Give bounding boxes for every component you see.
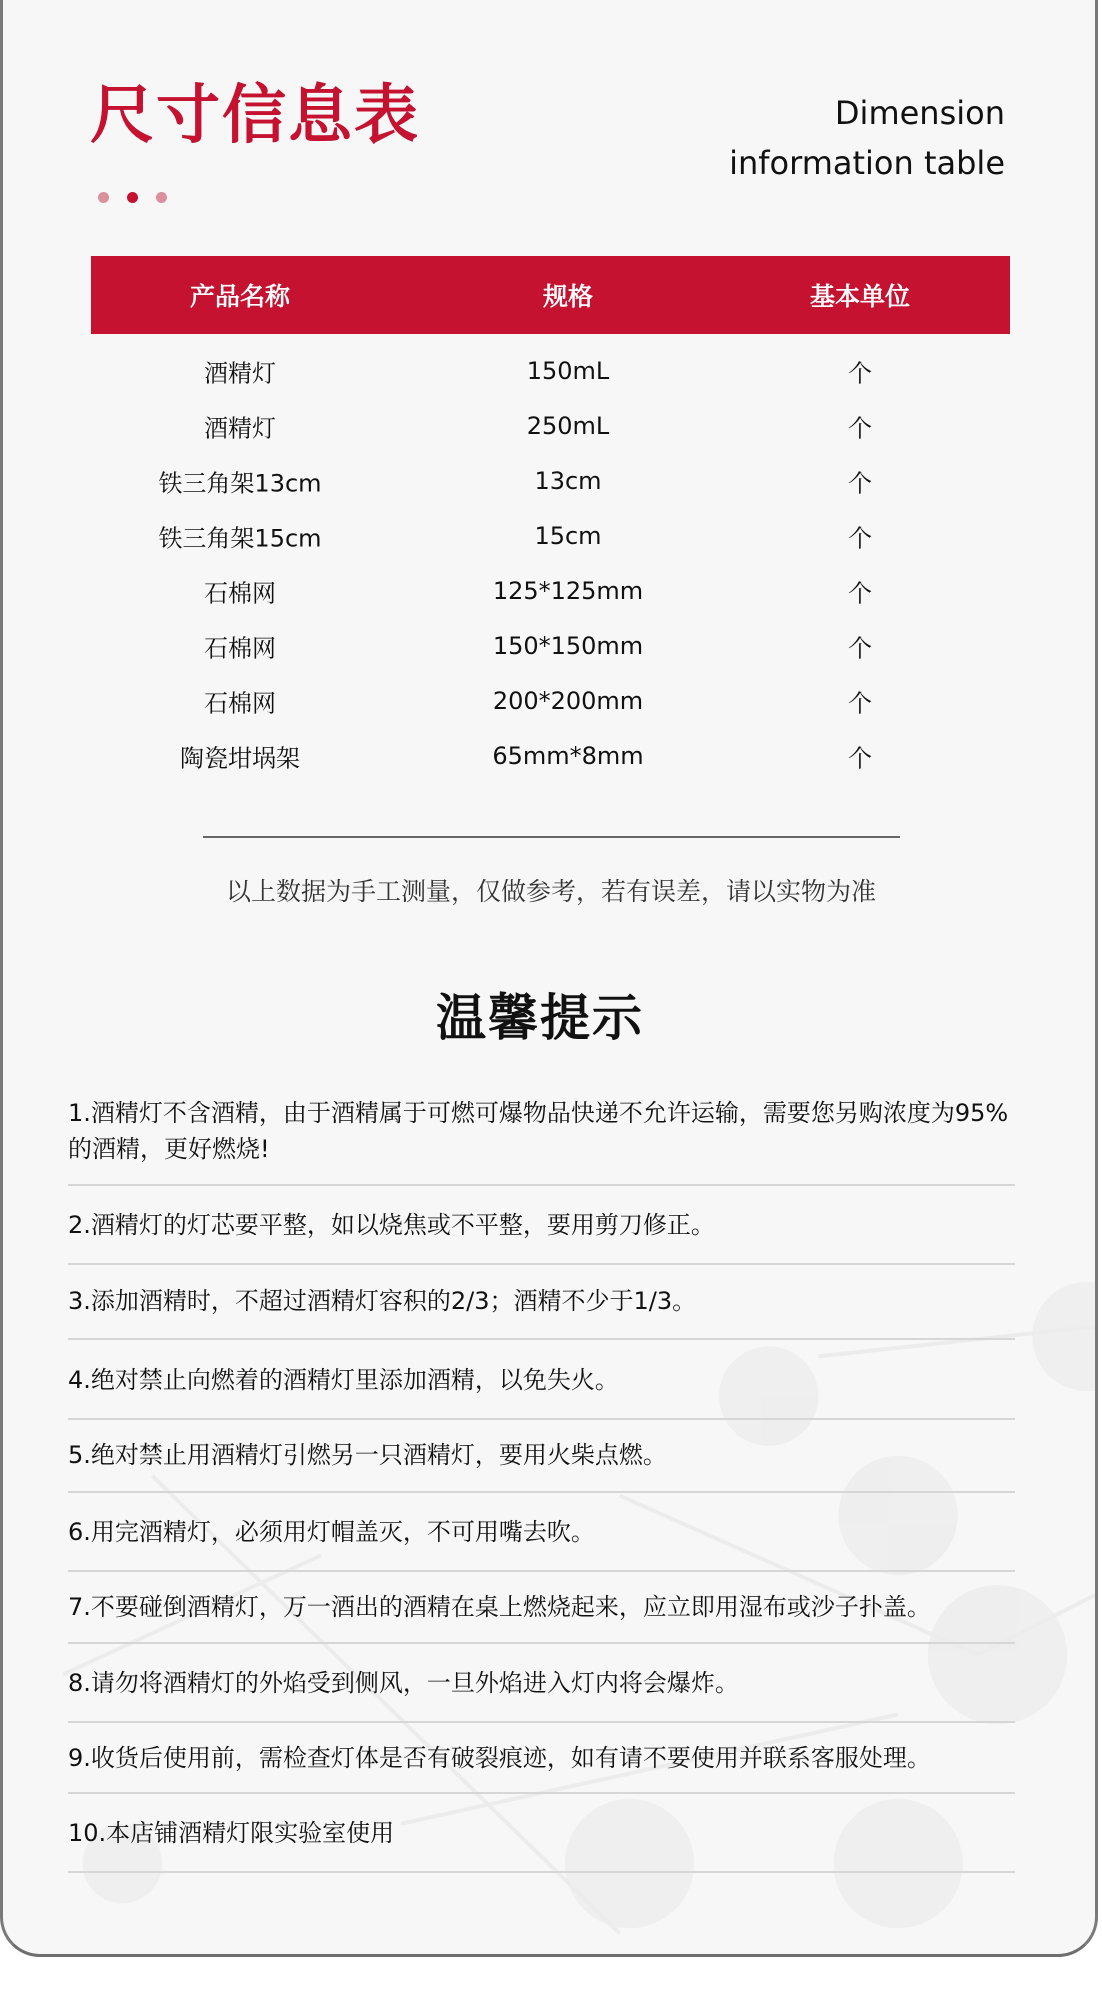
table-row: 酒精灯 150mL 个 <box>0 343 1102 398</box>
cell-spec: 250mL <box>527 412 610 440</box>
table-row: 铁三角架13cm 13cm 个 <box>0 453 1102 508</box>
table-header: 产品名称 规格 基本单位 <box>91 256 1010 334</box>
column-header-unit: 基本单位 <box>810 277 910 313</box>
subtitle-line-1: Dimension <box>729 88 1005 138</box>
table-row: 石棉网 125*125mm 个 <box>0 563 1102 618</box>
dot-icon-active <box>127 192 138 203</box>
cell-product-name: 陶瓷坩埚架 <box>180 738 300 773</box>
cell-unit: 个 <box>848 518 872 553</box>
cell-unit: 个 <box>848 628 872 663</box>
tip-item-5: 5.绝对禁止用酒精灯引燃另一只酒精灯，要用火柴点燃。 <box>68 1437 1015 1473</box>
cell-product-name: 铁三角架13cm <box>158 463 321 498</box>
cell-product-name: 酒精灯 <box>204 408 276 443</box>
cell-product-name: 铁三角架15cm <box>158 518 321 553</box>
tip-divider <box>68 1184 1015 1186</box>
cell-unit: 个 <box>848 683 872 718</box>
cell-spec: 125*125mm <box>493 577 643 605</box>
cell-unit: 个 <box>848 738 872 773</box>
tip-divider <box>68 1263 1015 1265</box>
table-row: 酒精灯 250mL 个 <box>0 398 1102 453</box>
cell-spec: 13cm <box>534 467 601 495</box>
cell-product-name: 石棉网 <box>204 683 276 718</box>
tip-divider <box>68 1721 1015 1723</box>
table-divider <box>203 836 900 838</box>
column-header-product-name: 产品名称 <box>190 277 290 313</box>
subtitle-line-2: information table <box>729 138 1005 188</box>
tip-divider <box>68 1642 1015 1644</box>
cell-unit: 个 <box>848 573 872 608</box>
table-row: 石棉网 200*200mm 个 <box>0 673 1102 728</box>
cell-spec: 150mL <box>527 357 610 385</box>
cell-product-name: 酒精灯 <box>204 353 276 388</box>
cell-spec: 200*200mm <box>493 687 643 715</box>
tip-divider <box>68 1491 1015 1493</box>
tips-title: 温馨提示 <box>0 978 1080 1050</box>
cell-spec: 15cm <box>534 522 601 550</box>
cell-product-name: 石棉网 <box>204 573 276 608</box>
tip-divider <box>68 1418 1015 1420</box>
cell-spec: 150*150mm <box>493 632 643 660</box>
tip-item-3: 3.添加酒精时，不超过酒精灯容积的2/3；酒精不少于1/3。 <box>68 1283 1015 1319</box>
tip-item-9: 9.收货后使用前，需检查灯体是否有破裂痕迹，如有请不要使用并联系客服处理。 <box>68 1740 1015 1776</box>
tip-divider <box>68 1792 1015 1794</box>
tip-item-1: 1.酒精灯不含酒精，由于酒精属于可燃可爆物品快递不允许运输，需要您另购浓度为95… <box>68 1095 1015 1167</box>
tip-item-2: 2.酒精灯的灯芯要平整，如以烧焦或不平整，要用剪刀修正。 <box>68 1207 1015 1243</box>
measurement-note: 以上数据为手工测量，仅做参考，若有误差，请以实物为准 <box>0 872 1102 908</box>
cell-product-name: 石棉网 <box>204 628 276 663</box>
tip-item-7: 7.不要碰倒酒精灯，万一酒出的酒精在桌上燃烧起来，应立即用湿布或沙子扑盖。 <box>68 1589 1015 1625</box>
tip-divider <box>68 1871 1015 1873</box>
dot-icon <box>156 192 167 203</box>
table-row: 石棉网 150*150mm 个 <box>0 618 1102 673</box>
page-title: 尺寸信息表 <box>90 84 420 148</box>
dot-icon <box>98 192 109 203</box>
cell-unit: 个 <box>848 463 872 498</box>
cell-spec: 65mm*8mm <box>492 742 643 770</box>
table-row: 陶瓷坩埚架 65mm*8mm 个 <box>0 728 1102 783</box>
dimension-table: 酒精灯 150mL 个 酒精灯 250mL 个 铁三角架13cm 13cm 个 … <box>0 343 1102 783</box>
page-subtitle-en: Dimension information table <box>729 88 1005 188</box>
tip-item-6: 6.用完酒精灯，必须用灯帽盖灭，不可用嘴去吹。 <box>68 1514 1015 1550</box>
decorative-dots <box>98 192 167 203</box>
cell-unit: 个 <box>848 353 872 388</box>
table-row: 铁三角架15cm 15cm 个 <box>0 508 1102 563</box>
cell-unit: 个 <box>848 408 872 443</box>
column-header-spec: 规格 <box>543 277 593 313</box>
tip-item-8: 8.请勿将酒精灯的外焰受到侧风，一旦外焰进入灯内将会爆炸。 <box>68 1665 1015 1701</box>
tip-item-10: 10.本店铺酒精灯限实验室使用 <box>68 1815 1015 1851</box>
tip-item-4: 4.绝对禁止向燃着的酒精灯里添加酒精，以免失火。 <box>68 1362 1015 1398</box>
tip-divider <box>68 1570 1015 1572</box>
tip-divider <box>68 1338 1015 1340</box>
